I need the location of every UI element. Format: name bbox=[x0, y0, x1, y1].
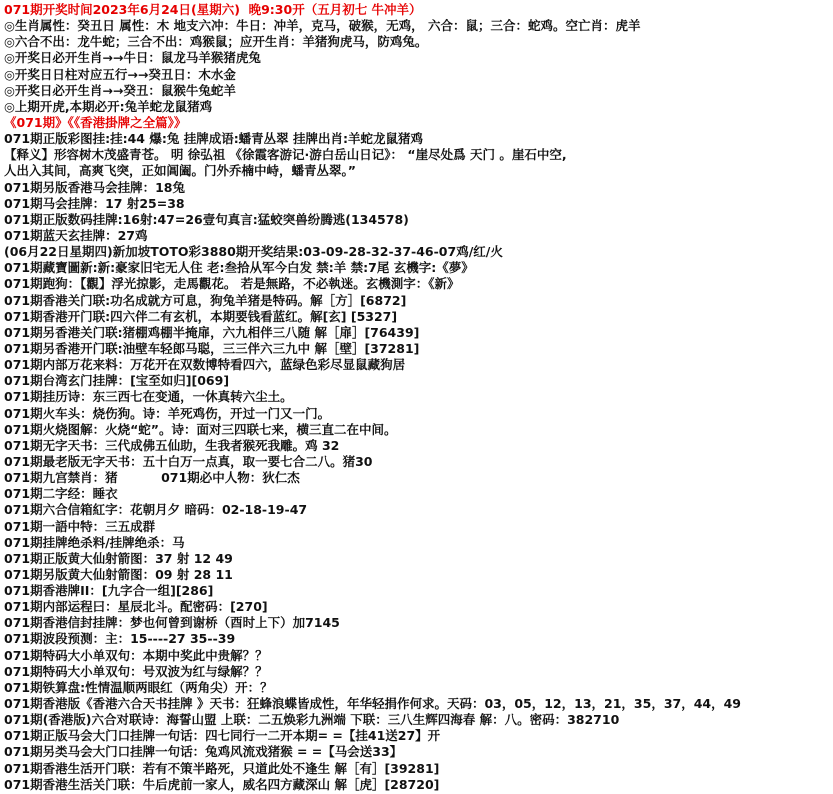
text-line: 071期二字经：睡衣 bbox=[4, 486, 833, 502]
text-line: 071期香港信封挂牌：梦也何曾到谢桥（酉时上下）加7145 bbox=[4, 615, 833, 631]
heading-line: 《071期》《《香港掛牌之全篇》》 bbox=[4, 115, 833, 131]
lottery-text-page: 071期开奖时间2023年6月24日(星期六) 晚9:30开（五月初七 牛冲羊）… bbox=[0, 0, 833, 794]
text-line: 071期(香港版)六合对联诗：海誓山盟 上联：二五焕彩九洲端 下联：三八生辉四海… bbox=[4, 712, 833, 728]
text-line: ◎开奖日必开生肖→→癸丑：鼠猴牛兔蛇羊 bbox=[4, 83, 833, 99]
text-line: 071期台湾玄门挂牌：[宝至如归][069] bbox=[4, 373, 833, 389]
text-line: 071期特码大小单双句：号双波为红与绿解？？ bbox=[4, 664, 833, 680]
text-line: ◎开奖日必开生肖→→牛日：鼠龙马羊猴猪虎兔 bbox=[4, 50, 833, 66]
text-line: 071期正版数码挂牌:16射:47=26壹句真言:猛蛟突兽纷腾逃(134578) bbox=[4, 212, 833, 228]
text-line: 071期另香港关门联:猪棚鸡棚半掩扉，六九相伴三八随 解［扉］[76439] bbox=[4, 325, 833, 341]
text-line: ◎六合不出：龙牛蛇；三合不出：鸡猴鼠；应开生肖：羊猪狗虎马，防鸡兔。 bbox=[4, 34, 833, 50]
text-line: 071期香港开门联:四六伴二有玄机，本期要钱看蓝红。解[玄] [5327] bbox=[4, 309, 833, 325]
text-line: 071期内部运程曰：星辰北斗。配密码：[270] bbox=[4, 599, 833, 615]
text-line: 071期香港生活开门联：若有不策半路死，只道此处不逢生 解［有］[39281] bbox=[4, 761, 833, 777]
text-line: 071期香港关门联:功名成就方可息，狗兔羊猪是特码。解［方］[6872] bbox=[4, 293, 833, 309]
text-line: 071期另版黄大仙射箭图：09 射 28 11 bbox=[4, 567, 833, 583]
text-line: 071期波段预测：主：15----27 35--39 bbox=[4, 631, 833, 647]
text-line: 071期内部万花来料：万花开在双数博特看四六，蓝绿色彩尽显鼠藏狗居 bbox=[4, 357, 833, 373]
text-line: 071期马会挂牌：17 射25=38 bbox=[4, 196, 833, 212]
text-line: 【释义】形容树木茂盛青苍。 明 徐弘祖 《徐霞客游记·游白岳山日记》： “崖尽处… bbox=[4, 147, 833, 163]
text-line: 071期香港生活关门联：牛后虎前一家人，威名四方藏深山 解［虎］[28720] bbox=[4, 777, 833, 793]
text-line: ◎开奖日日柱对应五行→→癸丑日：木水金 bbox=[4, 67, 833, 83]
text-line: 071期另类马会大门口挂牌一句话：兔鸡风流戏猪猴 = =【马会送33】 bbox=[4, 744, 833, 760]
text-line: ◎上期开虎,本期必开:兔羊蛇龙鼠猪鸡 bbox=[4, 99, 833, 115]
text-line: 071期正版马会大门口挂牌一句话：四七同行一二开本期= =【挂41送27】开 bbox=[4, 728, 833, 744]
text-line: 071期九宫禁肖：猪 071期必中人物：狄仁杰 bbox=[4, 470, 833, 486]
text-line: 071期六合信箱紅字：花朝月夕 暗码：02-18-19-47 bbox=[4, 502, 833, 518]
text-line: 071期火烧图解：火烧“蛇”。诗：面对三四联七来，横三直二在中间。 bbox=[4, 422, 833, 438]
text-line: 071期特码大小单双句：本期中奖此中贵解？？ bbox=[4, 648, 833, 664]
text-line: 071期火车头：烧伤狗。诗：羊死鸡伤，开过一门又一门。 bbox=[4, 406, 833, 422]
text-line: 071期跑狗：【觀】浮光掠影，走馬觀花。 若是無路，不必執迷。玄機測字：《新》 bbox=[4, 276, 833, 292]
text-line: 071期另版香港马会挂牌：18兔 bbox=[4, 180, 833, 196]
text-line: 071期无字天书：三代成佛五仙助，生我者猴死我雕。鸡 32 bbox=[4, 438, 833, 454]
text-line: 071期挂牌绝杀料/挂牌绝杀：马 bbox=[4, 535, 833, 551]
text-line: 人出入其间，高爽飞突，正如阊阖。门外乔楠中峙，蟠青丛翠。” bbox=[4, 163, 833, 179]
text-line: 071期一語中特：三五成群 bbox=[4, 519, 833, 535]
text-line: 071期藏寶圖新:新:豪家旧宅无人住 老:叁拾从军今白发 禁:羊 禁:7尾 玄機… bbox=[4, 260, 833, 276]
text-line: 071期正版彩图挂:挂:44 爆:兔 挂牌成语:蟠青丛翠 挂牌出肖:羊蛇龙鼠猪鸡 bbox=[4, 131, 833, 147]
text-line: 071期挂历诗：东三西七在变通，一休真转六尘土。 bbox=[4, 389, 833, 405]
heading-line: 071期开奖时间2023年6月24日(星期六) 晚9:30开（五月初七 牛冲羊） bbox=[4, 2, 833, 18]
text-line: 071期香港牌II：[九字合一组][286] bbox=[4, 583, 833, 599]
text-line: (06月22日星期四)新加坡TOTO彩3880期开奖结果:03-09-28-32… bbox=[4, 244, 833, 260]
text-line: 071期香港版《香港六合天书挂牌 》天书：狂蜂浪蝶皆成性，年华轻捐作何求。天码：… bbox=[4, 696, 833, 712]
text-line: 071期蓝天玄挂牌：27鸡 bbox=[4, 228, 833, 244]
text-line: 071期正版黄大仙射箭图：37 射 12 49 bbox=[4, 551, 833, 567]
text-line: ◎生肖属性：癸丑日 属性：木 地支六冲：牛日：冲羊，克马，破猴，无鸡， 六合：鼠… bbox=[4, 18, 833, 34]
text-line: 071期铁算盘:性情温顺两眼红（两角尖）开：？ bbox=[4, 680, 833, 696]
text-line: 071期最老版无字天书：五十白万一点真，取一要七合二八。猪30 bbox=[4, 454, 833, 470]
text-line: 071期另香港开门联:油壁车轻郎马聪，三三伴六三九中 解［壁］[37281] bbox=[4, 341, 833, 357]
